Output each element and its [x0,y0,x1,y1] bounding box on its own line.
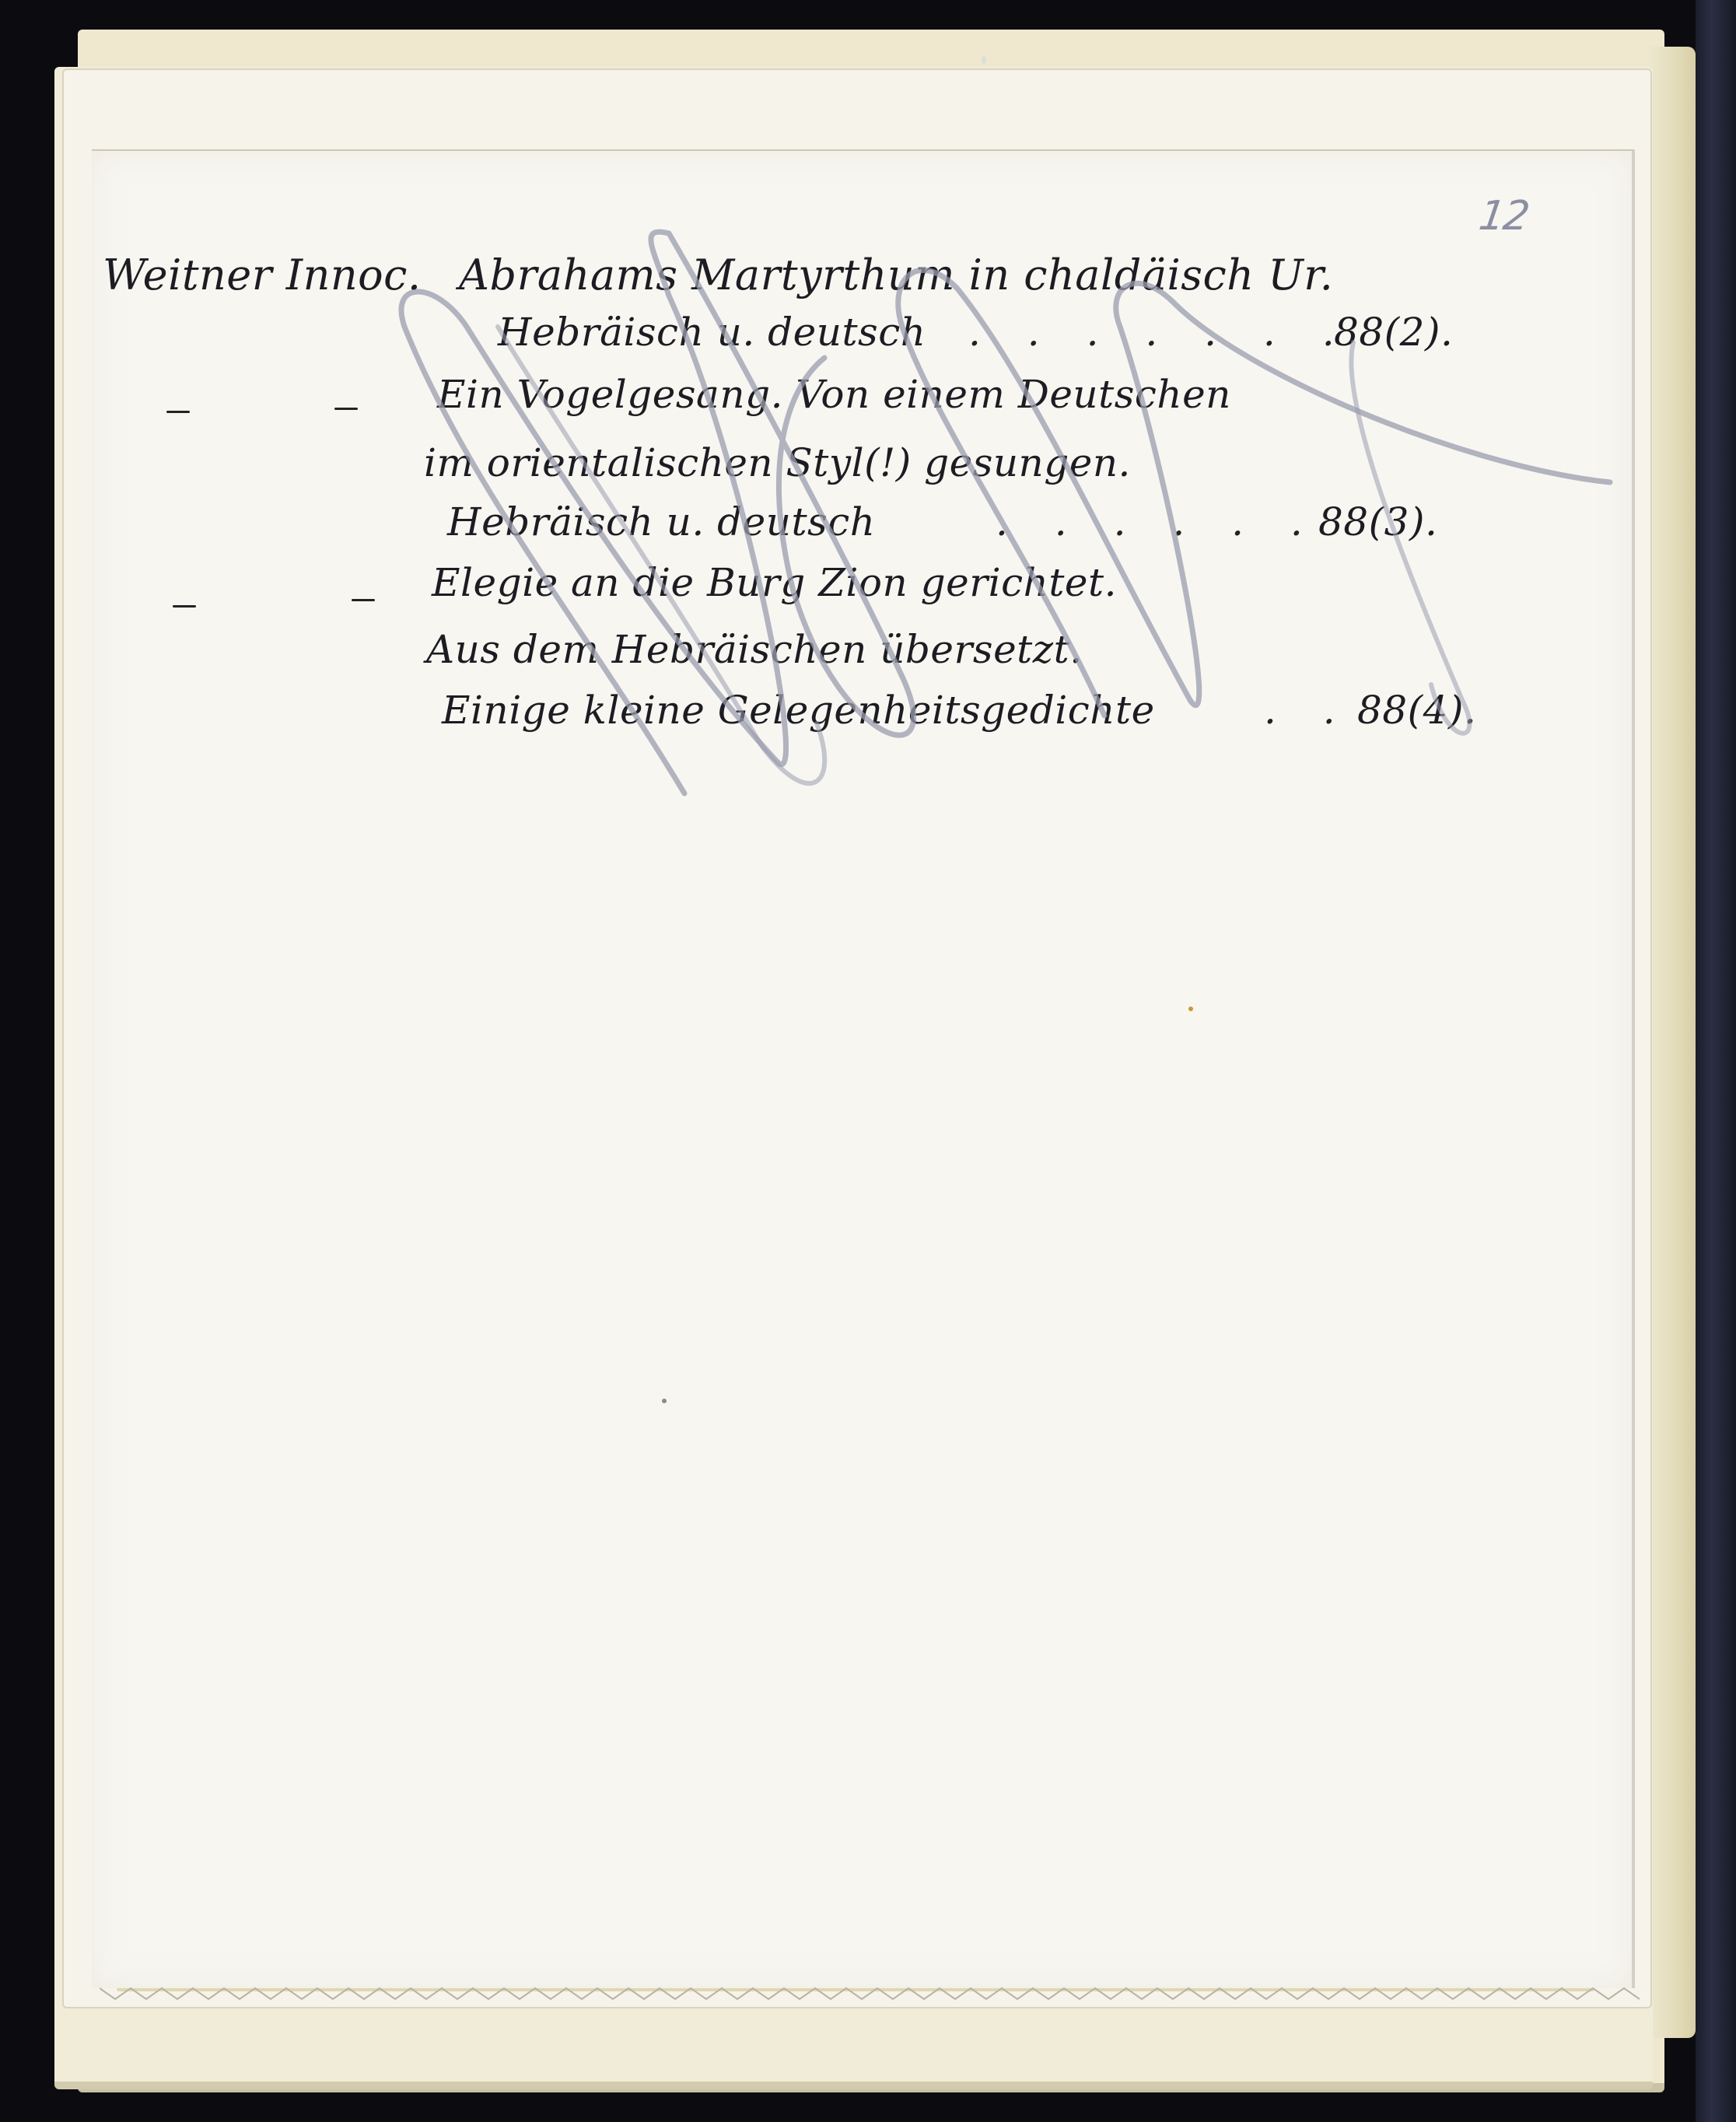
protruding-page-edge [1649,47,1696,2038]
book-cover-edge [1696,0,1736,2122]
paper-speck [662,1399,667,1403]
entry-title-line: im orientalischen Styl(!) gesungen. [424,440,1131,485]
paper-speck [982,56,986,64]
ditto-dash [334,408,358,410]
entry-title-line: Aus dem Hebräischen übersetzt. [426,627,1083,672]
shelfmark-reference: 88(4). [1357,688,1476,733]
perforated-edge [100,1985,1640,2002]
dot-leader: . . [1264,688,1353,733]
ditto-dash [352,599,375,601]
dot-leader: . . . . . . [996,499,1320,545]
entry-title-line: Hebräisch u. deutsch [447,499,875,545]
shelfmark-reference: 88(3). [1318,499,1437,545]
page-number: 12 [1476,193,1531,240]
dot-leader: . . . . . . . [968,310,1352,355]
shelfmark-reference: 88(2). [1334,310,1453,355]
paper-speck [1188,1007,1193,1011]
entry-author: Weitner Innoc. [103,250,422,299]
entry-title-line: Abrahams Martyrthum in chaldäisch Ur. [459,250,1333,299]
catalogue-card [92,149,1635,1988]
entry-title-line: Hebräisch u. deutsch [498,310,926,355]
entry-title-line: Ein Vogelgesang. Von einem Deutschen [437,372,1231,417]
ditto-dash [166,411,190,413]
entry-title-line: Elegie an die Burg Zion gerichtet. [432,560,1117,605]
entry-title-line: Einige kleine Gelegenheitsgedichte [442,688,1155,733]
ditto-dash [173,605,196,608]
